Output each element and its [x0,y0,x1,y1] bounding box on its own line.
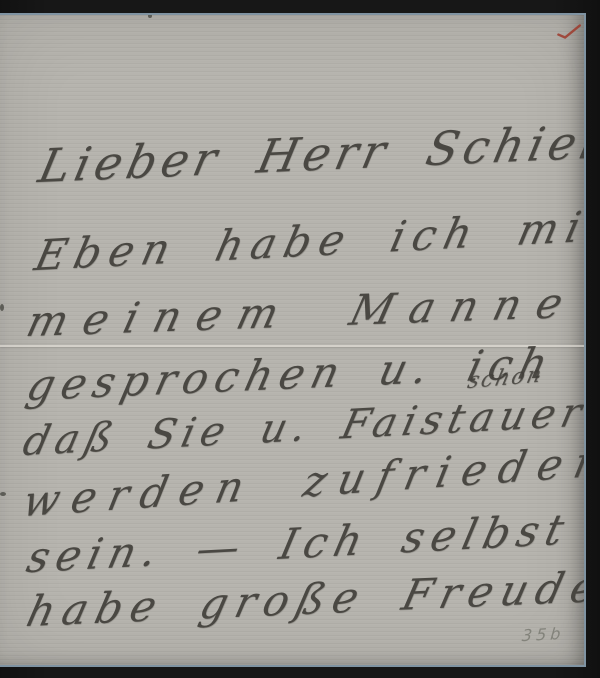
ink-speck [148,14,152,18]
ink-speck [0,492,6,496]
salutation-line: Lieber Herr Schiele, [34,112,586,193]
handwriting-line-1: Eben habe ich mit [30,200,586,280]
ink-speck [0,304,4,311]
red-checkmark-icon [555,19,584,42]
letter-page: Lieber Herr Schiele, Eben habe ich mit m… [0,13,586,667]
catalog-number: 35b [521,624,565,645]
photo-frame: Lieber Herr Schiele, Eben habe ich mit m… [0,0,600,678]
handwriting-line-2: meinem Manne [22,278,584,347]
